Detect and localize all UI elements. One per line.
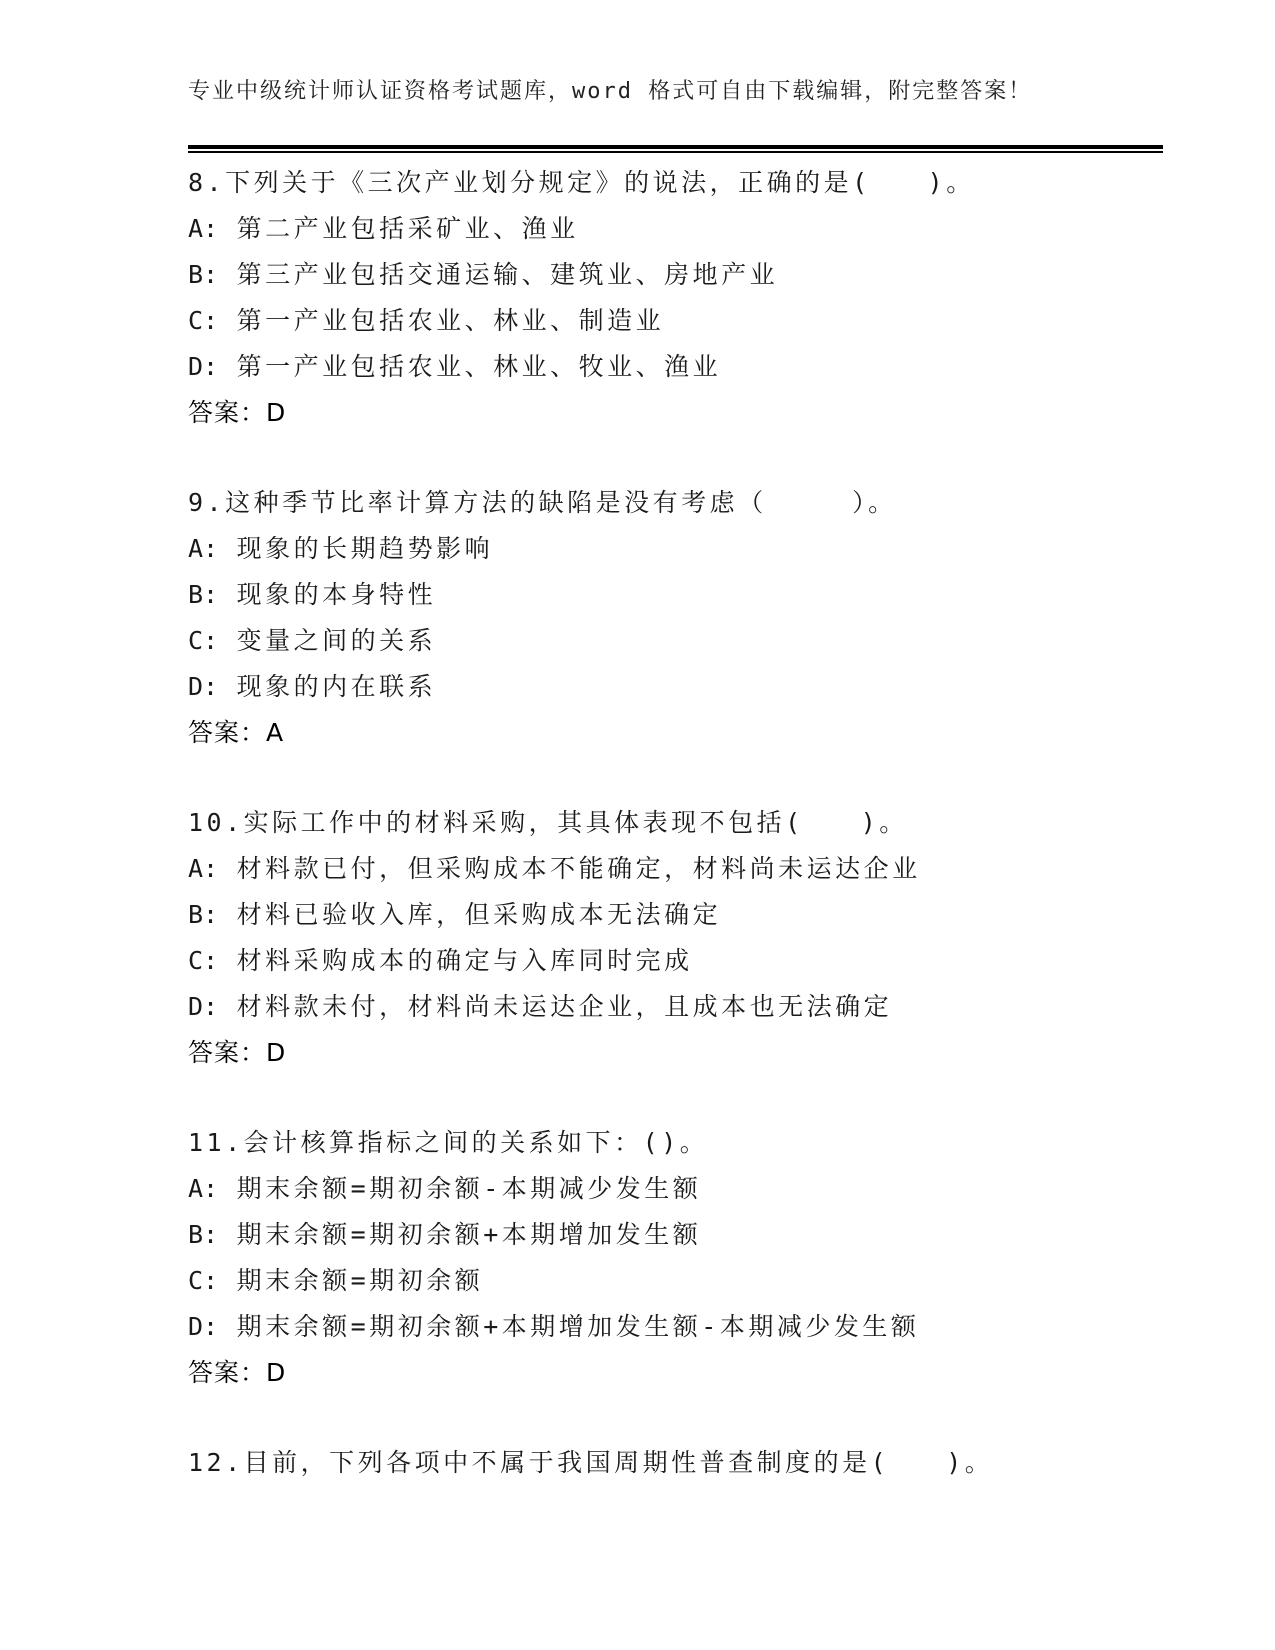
question-12: 12.目前，下列各项中不属于我国周期性普查制度的是( )。	[188, 1440, 1168, 1486]
option-text: 期末余额=期初余额-本期减少发生额	[218, 1174, 701, 1203]
option-text: 材料采购成本的确定与入库同时完成	[218, 946, 693, 975]
question-stem: 10.实际工作中的材料采购，其具体表现不包括( )。	[188, 800, 1168, 846]
option-letter: D:	[188, 1312, 218, 1341]
option-text: 期末余额=期初余额+本期增加发生额	[218, 1220, 701, 1249]
question-stem: 9.这种季节比率计算方法的缺陷是没有考虑（ ）。	[188, 480, 1168, 526]
answer-line: 答案：A	[188, 710, 1168, 756]
option-text: 第一产业包括农业、林业、牧业、渔业	[218, 352, 721, 381]
option-text: 材料款未付，材料尚未运达企业，且成本也无法确定	[218, 992, 892, 1021]
answer-line: 答案：D	[188, 1350, 1168, 1396]
question-9: 9.这种季节比率计算方法的缺陷是没有考虑（ ）。 A: 现象的长期趋势影响 B:…	[188, 480, 1168, 756]
option-letter: B:	[188, 900, 218, 929]
option-letter: C:	[188, 1266, 218, 1295]
option-text: 现象的内在联系	[218, 672, 436, 701]
option-c: C: 变量之间的关系	[188, 618, 1168, 664]
option-c: C: 材料采购成本的确定与入库同时完成	[188, 938, 1168, 984]
question-stem: 11.会计核算指标之间的关系如下：()。	[188, 1120, 1168, 1166]
option-letter: A:	[188, 214, 218, 243]
option-letter: C:	[188, 626, 218, 655]
option-a: A: 第二产业包括采矿业、渔业	[188, 206, 1168, 252]
question-stem: 8.下列关于《三次产业划分规定》的说法，正确的是( )。	[188, 160, 1168, 206]
option-d: D: 材料款未付，材料尚未运达企业，且成本也无法确定	[188, 984, 1168, 1030]
option-a: A: 期末余额=期初余额-本期减少发生额	[188, 1166, 1168, 1212]
option-text: 第三产业包括交通运输、建筑业、房地产业	[218, 260, 778, 289]
option-c: C: 第一产业包括农业、林业、制造业	[188, 298, 1168, 344]
header-rule-thin	[188, 151, 1163, 153]
option-letter: B:	[188, 260, 218, 289]
page-header: 专业中级统计师认证资格考试题库，word 格式可自由下载编辑，附完整答案！	[188, 76, 1032, 108]
answer-line: 答案：D	[188, 390, 1168, 436]
option-letter: D:	[188, 672, 218, 701]
option-a: A: 材料款已付，但采购成本不能确定，材料尚未运达企业	[188, 846, 1168, 892]
option-letter: A:	[188, 854, 218, 883]
question-11: 11.会计核算指标之间的关系如下：()。 A: 期末余额=期初余额-本期减少发生…	[188, 1120, 1168, 1396]
option-letter: D:	[188, 992, 218, 1021]
option-letter: C:	[188, 306, 218, 335]
option-text: 第二产业包括采矿业、渔业	[218, 214, 579, 243]
option-text: 第一产业包括农业、林业、制造业	[218, 306, 664, 335]
header-rule-thick	[188, 145, 1163, 149]
question-10: 10.实际工作中的材料采购，其具体表现不包括( )。 A: 材料款已付，但采购成…	[188, 800, 1168, 1076]
option-d: D: 现象的内在联系	[188, 664, 1168, 710]
option-text: 现象的本身特性	[218, 580, 436, 609]
option-text: 材料款已付，但采购成本不能确定，材料尚未运达企业	[218, 854, 921, 883]
option-d: D: 期末余额=期初余额+本期增加发生额-本期减少发生额	[188, 1304, 1168, 1350]
option-text: 材料已验收入库，但采购成本无法确定	[218, 900, 721, 929]
option-letter: A:	[188, 1174, 218, 1203]
question-8: 8.下列关于《三次产业划分规定》的说法，正确的是( )。 A: 第二产业包括采矿…	[188, 160, 1168, 436]
option-letter: B:	[188, 1220, 218, 1249]
option-text: 期末余额=期初余额	[218, 1266, 483, 1295]
option-a: A: 现象的长期趋势影响	[188, 526, 1168, 572]
option-text: 变量之间的关系	[218, 626, 436, 655]
option-b: B: 现象的本身特性	[188, 572, 1168, 618]
option-letter: D:	[188, 352, 218, 381]
option-letter: B:	[188, 580, 218, 609]
question-stem: 12.目前，下列各项中不属于我国周期性普查制度的是( )。	[188, 1440, 1168, 1486]
option-text: 期末余额=期初余额+本期增加发生额-本期减少发生额	[218, 1312, 919, 1341]
option-d: D: 第一产业包括农业、林业、牧业、渔业	[188, 344, 1168, 390]
question-list: 8.下列关于《三次产业划分规定》的说法，正确的是( )。 A: 第二产业包括采矿…	[188, 160, 1168, 1530]
answer-line: 答案：D	[188, 1030, 1168, 1076]
option-b: B: 期末余额=期初余额+本期增加发生额	[188, 1212, 1168, 1258]
option-text: 现象的长期趋势影响	[218, 534, 493, 563]
option-letter: C:	[188, 946, 218, 975]
option-c: C: 期末余额=期初余额	[188, 1258, 1168, 1304]
option-b: B: 材料已验收入库，但采购成本无法确定	[188, 892, 1168, 938]
option-letter: A:	[188, 534, 218, 563]
option-b: B: 第三产业包括交通运输、建筑业、房地产业	[188, 252, 1168, 298]
